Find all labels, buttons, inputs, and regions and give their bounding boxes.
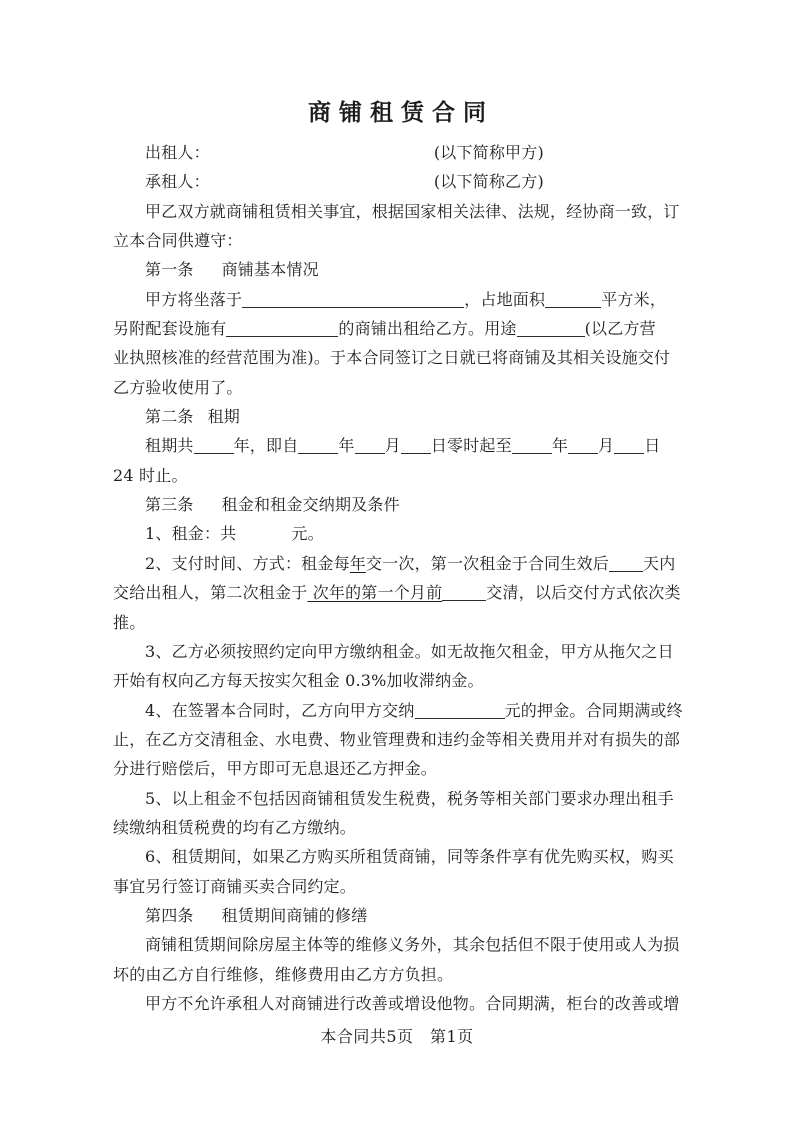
clause-3-line-2: 开始有权向乙方每天按实欠租金 0.3%加收滞纳金。 bbox=[113, 666, 681, 695]
text-run: 交给出租人，第二次租金于 bbox=[113, 583, 307, 602]
article-4-line-2: 坏的由乙方自行维修，维修费用由乙方方负担。 bbox=[113, 960, 681, 989]
text-run: 天内 bbox=[643, 554, 675, 573]
text-run: 租期 bbox=[208, 407, 240, 426]
blank-underline bbox=[298, 437, 338, 454]
blank-underline bbox=[568, 437, 598, 454]
text-run: 交清，以后交付方式依次类 bbox=[486, 583, 680, 602]
contract-content: 商铺租赁合同 出租人：(以下简称甲方)承租人：(以下简称乙方)甲乙双方就商铺租赁… bbox=[113, 96, 681, 1018]
text-run: 分进行赔偿后，甲方即可无息退还乙方押金。 bbox=[113, 759, 437, 778]
blank-underline bbox=[614, 437, 644, 454]
text-run: 租赁期间商铺的修缮 bbox=[222, 906, 368, 925]
blank-underline bbox=[512, 437, 552, 454]
blank-underline bbox=[401, 437, 431, 454]
text-run: 第三条 bbox=[145, 495, 194, 514]
clause-1-rent: 1、租金：共元。 bbox=[113, 519, 681, 548]
blank-underline bbox=[242, 291, 464, 308]
text-run: 元。 bbox=[291, 524, 323, 543]
blank-gap bbox=[194, 274, 222, 275]
article-3-heading: 第三条租金和租金交纳期及条件 bbox=[113, 490, 681, 519]
text-run: 日零时起至 bbox=[431, 436, 512, 455]
text-run: 交一次，第一次租金于合同生效后 bbox=[366, 554, 609, 573]
text-run: 第一条 bbox=[145, 260, 194, 279]
clause-3-line-1: 3、乙方必须按照约定向甲方缴纳租金。如无故拖欠租金，甲方从拖欠之日 bbox=[113, 637, 681, 666]
blank-underline bbox=[194, 437, 234, 454]
clause-4-line-1: 4、在签署本合同时，乙方向甲方交纳元的押金。合同期满或终 bbox=[113, 696, 681, 725]
article-1-line-1: 甲方将坐落于，占地面积平方米， bbox=[113, 285, 681, 314]
article-2-line-1: 租期共年，即自年月日零时起至年月日 bbox=[113, 431, 681, 460]
text-run: 租期共 bbox=[145, 436, 194, 455]
text-run: 续缴纳租赁税费的均有乙方缴纳。 bbox=[113, 818, 356, 837]
blank-underline bbox=[609, 555, 643, 572]
underlined-text: 年 bbox=[350, 554, 366, 573]
text-run: (以下简称甲方) bbox=[434, 143, 544, 162]
contract-body: 出租人：(以下简称甲方)承租人：(以下简称乙方)甲乙双方就商铺租赁相关事宜，根据… bbox=[113, 138, 681, 1018]
article-2-line-2: 24 时止。 bbox=[113, 461, 681, 490]
page-footer: 本合同共5页 第1页 bbox=[0, 1024, 794, 1047]
lessor-line: 出租人：(以下简称甲方) bbox=[113, 138, 681, 167]
blank-gap bbox=[194, 509, 222, 510]
text-run: 6、租赁期间，如果乙方购买所租赁商铺，同等条件享有优先购买权，购买 bbox=[145, 847, 674, 866]
blank-gap bbox=[210, 186, 434, 187]
blank-gap bbox=[194, 421, 208, 422]
text-run: 事宜另行签订商铺买卖合同约定。 bbox=[113, 877, 356, 896]
text-run: 的商铺出租给乙方。用途 bbox=[338, 319, 516, 338]
article-1-line-3: 业执照核准的经营范围为准)。于本合同签订之日就已将商铺及其相关设施交付 bbox=[113, 343, 681, 372]
text-run: 出租人： bbox=[145, 143, 210, 162]
text-run: 年，即自 bbox=[234, 436, 299, 455]
blank-underline bbox=[517, 320, 585, 337]
preamble-line-1: 甲乙双方就商铺租赁相关事宜，根据国家相关法律、法规，经协商一致，订 bbox=[113, 197, 681, 226]
text-run: 3、乙方必须按照约定向甲方缴纳租金。如无故拖欠租金，甲方从拖欠之日 bbox=[145, 642, 674, 661]
text-run: 另附配套设施有 bbox=[113, 319, 226, 338]
text-run: 甲方不允许承租人对商铺进行改善或增设他物。合同期满，柜台的改善或增 bbox=[145, 994, 680, 1013]
clause-5-line-1: 5、以上租金不包括因商铺租赁发生税费，税务等相关部门要求办理出租手 bbox=[113, 784, 681, 813]
text-run: 4、在签署本合同时，乙方向甲方交纳 bbox=[145, 701, 415, 720]
text-run: 5、以上租金不包括因商铺租赁发生税费，税务等相关部门要求办理出租手 bbox=[145, 789, 674, 808]
text-run: 开始有权向乙方每天按实欠租金 0.3%加收滞纳金。 bbox=[113, 671, 484, 690]
article-4-line-3: 甲方不允许承租人对商铺进行改善或增设他物。合同期满，柜台的改善或增 bbox=[113, 989, 681, 1018]
clause-6-line-2: 事宜另行签订商铺买卖合同约定。 bbox=[113, 872, 681, 901]
clause-2-line-2: 交给出租人，第二次租金于 次年的第一个月前交清，以后交付方式依次类 bbox=[113, 578, 681, 607]
lessee-line: 承租人：(以下简称乙方) bbox=[113, 167, 681, 196]
blank-gap bbox=[210, 157, 434, 158]
blank-underline bbox=[355, 437, 385, 454]
article-1-line-4: 乙方验收使用了。 bbox=[113, 373, 681, 402]
text-run: 平方米， bbox=[601, 290, 666, 309]
text-run: 24 时止。 bbox=[113, 466, 188, 485]
article-4-line-1: 商铺租赁期间除房屋主体等的维修义务外，其余包括但不限于使用或人为损 bbox=[113, 930, 681, 959]
text-run: 月 bbox=[385, 436, 401, 455]
underlined-text: 次年的第一个月前 bbox=[307, 583, 442, 602]
blank-underline bbox=[226, 320, 338, 337]
text-run: 年 bbox=[338, 436, 354, 455]
text-run: 商铺基本情况 bbox=[222, 260, 319, 279]
clause-4-line-3: 分进行赔偿后，甲方即可无息退还乙方押金。 bbox=[113, 754, 681, 783]
text-run: 月 bbox=[598, 436, 614, 455]
blank-underline bbox=[545, 291, 601, 308]
text-run: 第二条 bbox=[145, 407, 194, 426]
article-2-heading: 第二条租期 bbox=[113, 402, 681, 431]
text-run: 甲方将坐落于 bbox=[145, 290, 242, 309]
blank-underline bbox=[415, 702, 505, 719]
contract-page: 商铺租赁合同 出租人：(以下简称甲方)承租人：(以下简称乙方)甲乙双方就商铺租赁… bbox=[0, 0, 794, 1123]
article-1-line-2: 另附配套设施有的商铺出租给乙方。用途(以乙方营 bbox=[113, 314, 681, 343]
text-run: 坏的由乙方自行维修，维修费用由乙方方负担。 bbox=[113, 965, 453, 984]
clause-2-line-1: 2、支付时间、方式：租金每年交一次，第一次租金于合同生效后天内 bbox=[113, 549, 681, 578]
clause-4-line-2: 止，在乙方交清租金、水电费、物业管理费和违约金等相关费用并对有损失的部 bbox=[113, 725, 681, 754]
text-run: 推。 bbox=[113, 613, 145, 632]
text-run: 第四条 bbox=[145, 906, 194, 925]
preamble-line-2: 立本合同供遵守： bbox=[113, 226, 681, 255]
text-run: 1、租金：共 bbox=[145, 524, 236, 543]
text-run: 止，在乙方交清租金、水电费、物业管理费和违约金等相关费用并对有损失的部 bbox=[113, 730, 680, 749]
text-run: 年 bbox=[552, 436, 568, 455]
clause-6-line-1: 6、租赁期间，如果乙方购买所租赁商铺，同等条件享有优先购买权，购买 bbox=[113, 842, 681, 871]
text-run: (以下简称乙方) bbox=[434, 172, 544, 191]
text-run: (以乙方营 bbox=[585, 319, 656, 338]
blank-gap bbox=[194, 920, 222, 921]
clause-5-line-2: 续缴纳租赁税费的均有乙方缴纳。 bbox=[113, 813, 681, 842]
text-run: 业执照核准的经营范围为准)。于本合同签订之日就已将商铺及其相关设施交付 bbox=[113, 348, 670, 367]
article-1-heading: 第一条商铺基本情况 bbox=[113, 255, 681, 284]
text-run: 甲乙双方就商铺租赁相关事宜，根据国家相关法律、法规，经协商一致，订 bbox=[145, 202, 680, 221]
clause-2-line-3: 推。 bbox=[113, 608, 681, 637]
blank-underline bbox=[442, 584, 486, 601]
blank-gap bbox=[236, 538, 291, 539]
document-title: 商铺租赁合同 bbox=[113, 96, 681, 130]
text-run: 日 bbox=[644, 436, 660, 455]
text-run: 立本合同供遵守： bbox=[113, 231, 243, 250]
text-run: 乙方验收使用了。 bbox=[113, 378, 243, 397]
article-4-heading: 第四条租赁期间商铺的修缮 bbox=[113, 901, 681, 930]
text-run: 商铺租赁期间除房屋主体等的维修义务外，其余包括但不限于使用或人为损 bbox=[145, 935, 680, 954]
text-run: 租金和租金交纳期及条件 bbox=[222, 495, 400, 514]
text-run: ，占地面积 bbox=[464, 290, 545, 309]
text-run: 2、支付时间、方式：租金每 bbox=[145, 554, 350, 573]
text-run: 元的押金。合同期满或终 bbox=[505, 701, 683, 720]
text-run: 承租人： bbox=[145, 172, 210, 191]
